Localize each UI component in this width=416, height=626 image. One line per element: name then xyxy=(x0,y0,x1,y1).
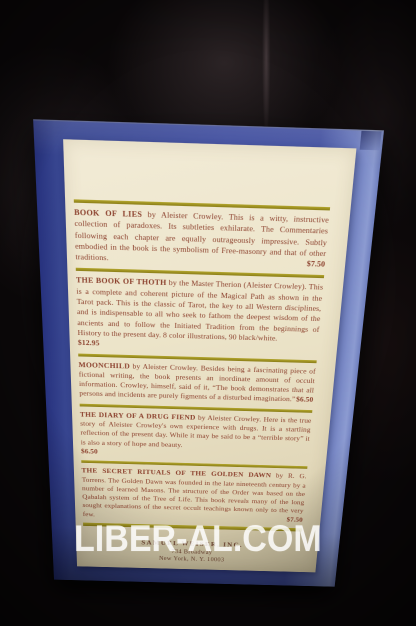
sections-list: BOOK OF LIES by Aleister Crowley. This i… xyxy=(74,199,330,524)
section-text: THE DIARY OF A DRUG FIEND by Aleister Cr… xyxy=(80,410,312,462)
book-back-cover: BOOK OF LIES by Aleister Crowley. This i… xyxy=(33,119,384,586)
section-body: by R. G. Torrens. The Golden Dawn was fo… xyxy=(82,472,307,518)
photo-background: BOOK OF LIES by Aleister Crowley. This i… xyxy=(0,0,416,626)
section-price: $6.50 xyxy=(81,447,309,462)
section-text: THE BOOK OF THOTH by the Master Therion … xyxy=(76,276,324,356)
section-body: by the Master Therion (Aleister Crowley)… xyxy=(76,278,323,342)
section-text: BOOK OF LIES by Aleister Crowley. This i… xyxy=(74,207,329,270)
book-section: MOONCHILD by Aleister Crowley. Besides b… xyxy=(78,353,317,405)
section-price: $12.95 xyxy=(78,338,318,355)
section-price: $6.50 xyxy=(296,395,314,405)
jacket-text-panel: BOOK OF LIES by Aleister Crowley. This i… xyxy=(63,139,356,572)
watermark-text: LIBER-AL.COM xyxy=(74,518,322,560)
book-section: THE DIARY OF A DRUG FIEND by Aleister Cr… xyxy=(80,403,313,462)
section-title: MOONCHILD xyxy=(78,360,130,370)
section-text: MOONCHILD by Aleister Crowley. Besides b… xyxy=(78,360,316,405)
section-price: $7.50 xyxy=(306,259,325,270)
section-title: BOOK OF LIES xyxy=(74,207,142,219)
book-section: THE SECRET RITUALS OF THE GOLDEN DAWN by… xyxy=(81,460,307,524)
panel-content: BOOK OF LIES by Aleister Crowley. This i… xyxy=(72,140,335,565)
book-section: BOOK OF LIES by Aleister Crowley. This i… xyxy=(74,199,330,270)
section-text: THE SECRET RITUALS OF THE GOLDEN DAWN by… xyxy=(81,466,306,524)
book-section: THE BOOK OF THOTH by the Master Therion … xyxy=(76,268,324,355)
jacket-corner-fold xyxy=(360,131,382,151)
